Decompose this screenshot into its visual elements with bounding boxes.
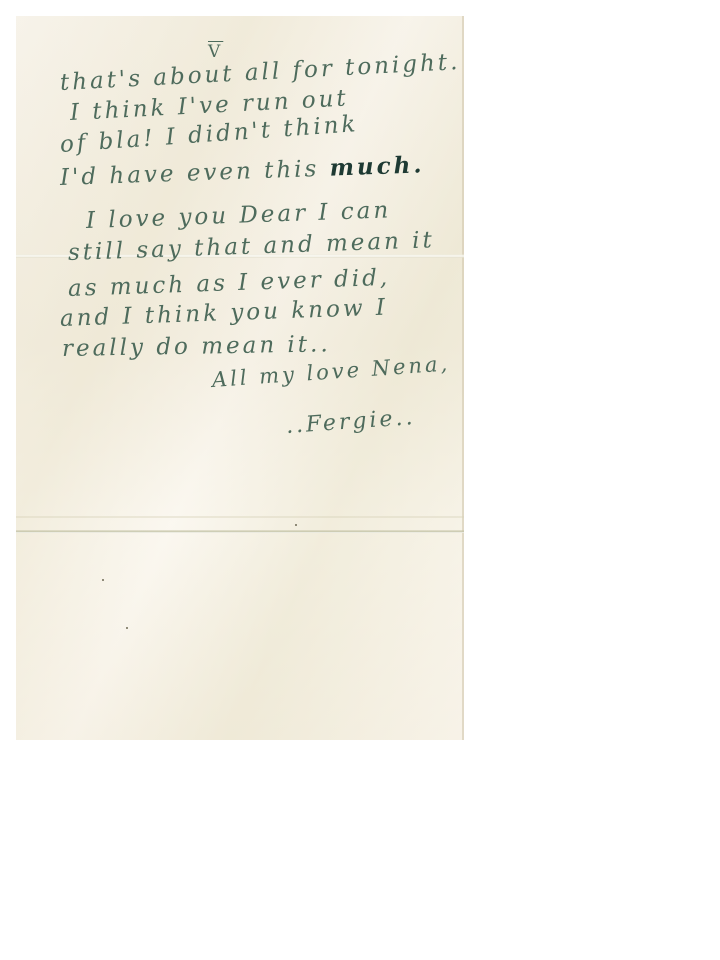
paper-speck (295, 524, 297, 526)
letter-line-4: I'd have even this much. (60, 151, 425, 191)
paper-fold-line (16, 530, 464, 533)
emphasized-word: much. (329, 151, 425, 181)
letter-line-4-text: I'd have even this (60, 156, 330, 191)
page-number: V (208, 42, 223, 62)
letter-line-6: still say that and mean it (68, 227, 436, 266)
paper-fold-shadow (16, 516, 464, 518)
paper-speck (126, 627, 128, 629)
letter-line-9: really do mean it.. (62, 331, 331, 362)
paper-speck (102, 579, 104, 581)
letter-line-1: that's about all for tonight. (59, 49, 461, 96)
letter-signature: ..Fergie.. (285, 405, 416, 439)
letter-page: V that's about all for tonight. I think … (16, 16, 464, 740)
letter-line-5: I love you Dear I can (86, 197, 392, 234)
